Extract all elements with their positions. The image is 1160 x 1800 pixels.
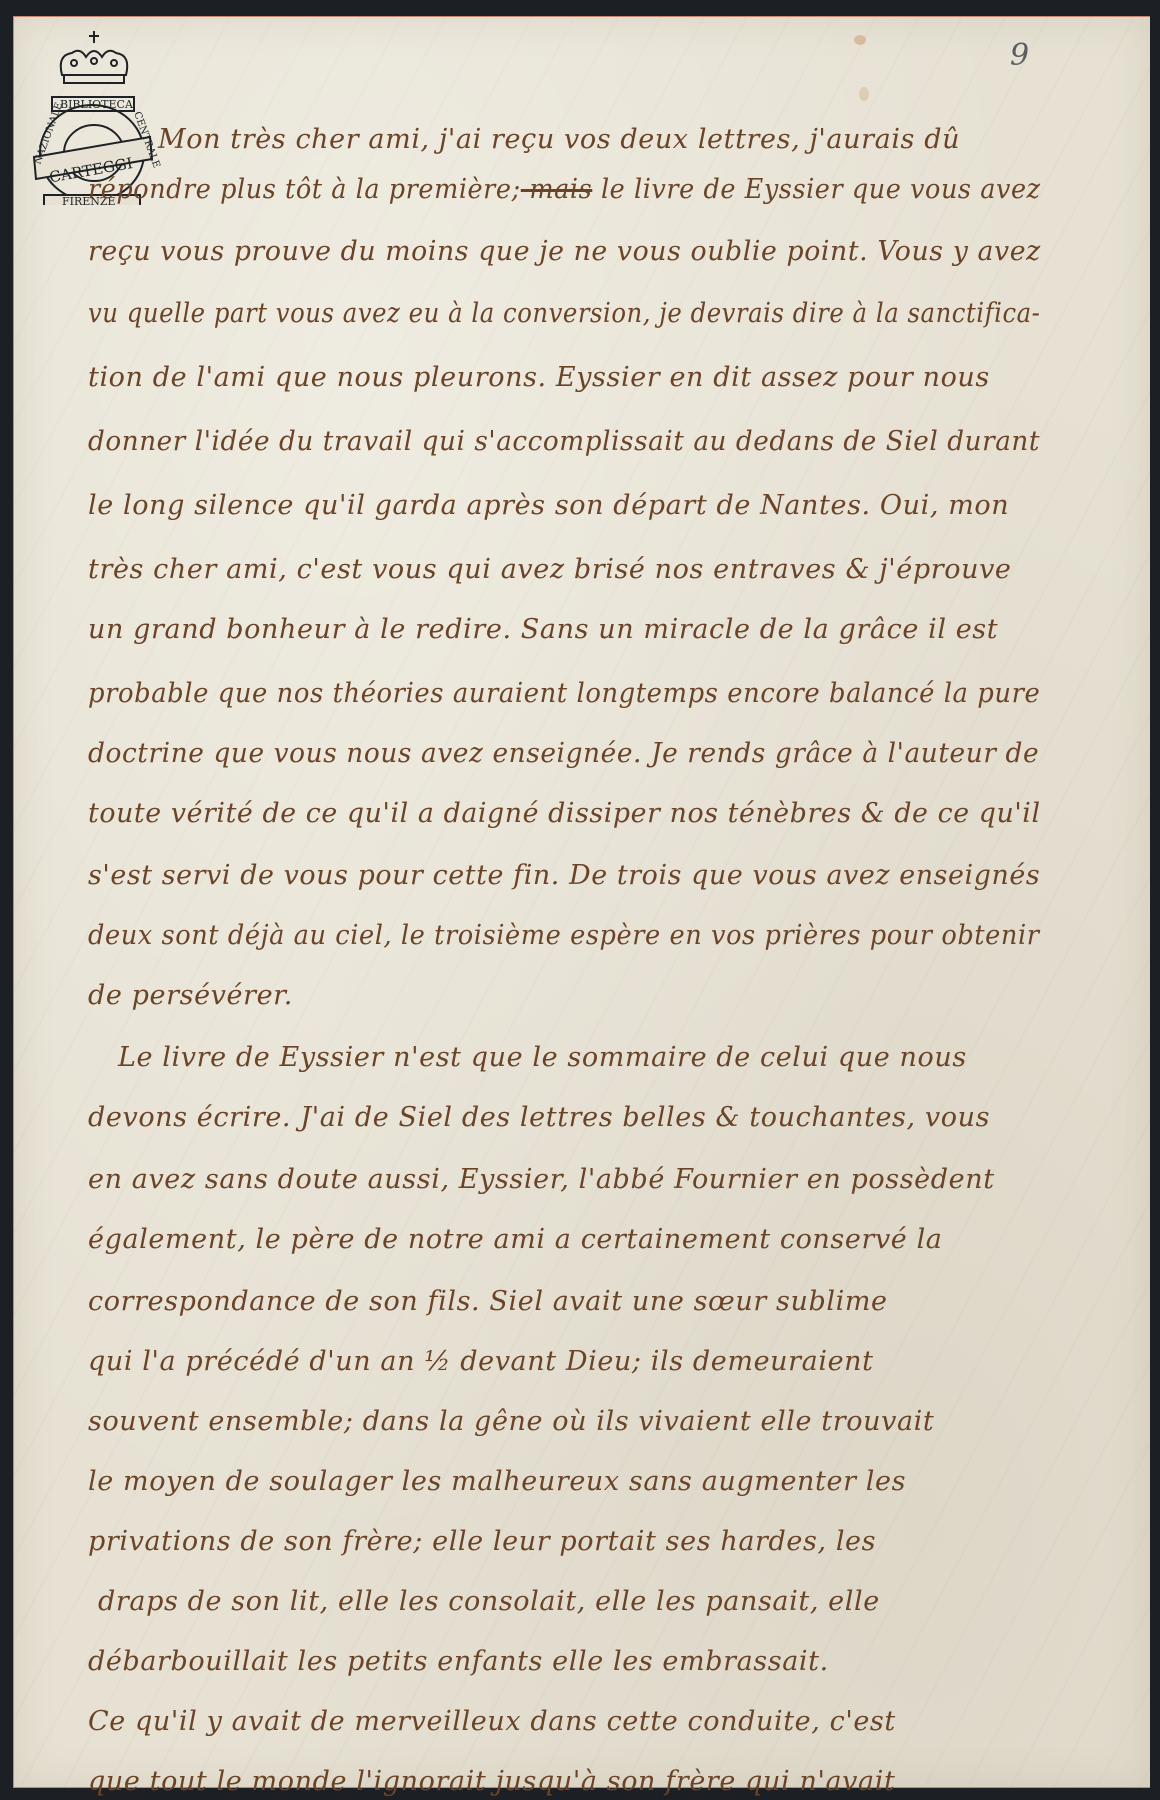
letter-line: correspondance de son fils. Siel avait u… <box>88 1286 888 1317</box>
letter-line: doctrine que vous nous avez enseignée. J… <box>88 738 1039 769</box>
letter-line: toute vérité de ce qu'il a daigné dissip… <box>88 798 1041 829</box>
letter-line: probable que nos théories auraient longt… <box>88 678 1040 709</box>
letter-line: deux sont déjà au ciel, le troisième esp… <box>88 920 1040 951</box>
letter-line: souvent ensemble; dans la gêne où ils vi… <box>88 1406 934 1437</box>
letter-line: devons écrire. J'ai de Siel des lettres … <box>88 1102 990 1133</box>
letter-line: reçu vous prouve du moins que je ne vous… <box>88 236 1041 267</box>
letter-line: en avez sans doute aussi, Eyssier, l'abb… <box>88 1164 995 1195</box>
letter-line: également, le père de notre ami a certai… <box>88 1224 943 1255</box>
letter-line: draps de son lit, elle les consolait, el… <box>98 1586 880 1617</box>
letter-body: Mon très cher ami, j'ai reçu vos deux le… <box>0 0 1160 1800</box>
letter-line: tion de l'ami que nous pleurons. Eyssier… <box>88 362 990 393</box>
letter-line: vu quelle part vous avez eu à la convers… <box>88 298 1040 329</box>
letter-line: privations de son frère; elle leur porta… <box>88 1526 876 1557</box>
letter-line: s'est servi de vous pour cette fin. De t… <box>88 860 1040 891</box>
letter-line: donner l'idée du travail qui s'accomplis… <box>88 426 1040 457</box>
letter-line: que tout le monde l'ignorait jusqu'à son… <box>88 1766 895 1797</box>
letter-line: qui l'a précédé d'un an ½ devant Dieu; i… <box>88 1346 874 1377</box>
letter-line: Le livre de Eyssier n'est que le sommair… <box>118 1042 967 1073</box>
letter-line: répondre plus tôt à la première; mais le… <box>88 174 1041 205</box>
struck-word: mais <box>521 174 593 205</box>
letter-line: le long silence qu'il garda après son dé… <box>88 490 1009 521</box>
letter-line: un grand bonheur à le redire. Sans un mi… <box>88 614 998 645</box>
letter-line: de persévérer. <box>88 980 293 1011</box>
letter-line: le moyen de soulager les malheureux sans… <box>88 1466 906 1497</box>
letter-line: Ce qu'il y avait de merveilleux dans cet… <box>88 1706 896 1737</box>
letter-line: très cher ami, c'est vous qui avez brisé… <box>88 554 1012 585</box>
letter-line: Mon très cher ami, j'ai reçu vos deux le… <box>158 124 960 155</box>
letter-line: débarbouillait les petits enfants elle l… <box>88 1646 829 1677</box>
